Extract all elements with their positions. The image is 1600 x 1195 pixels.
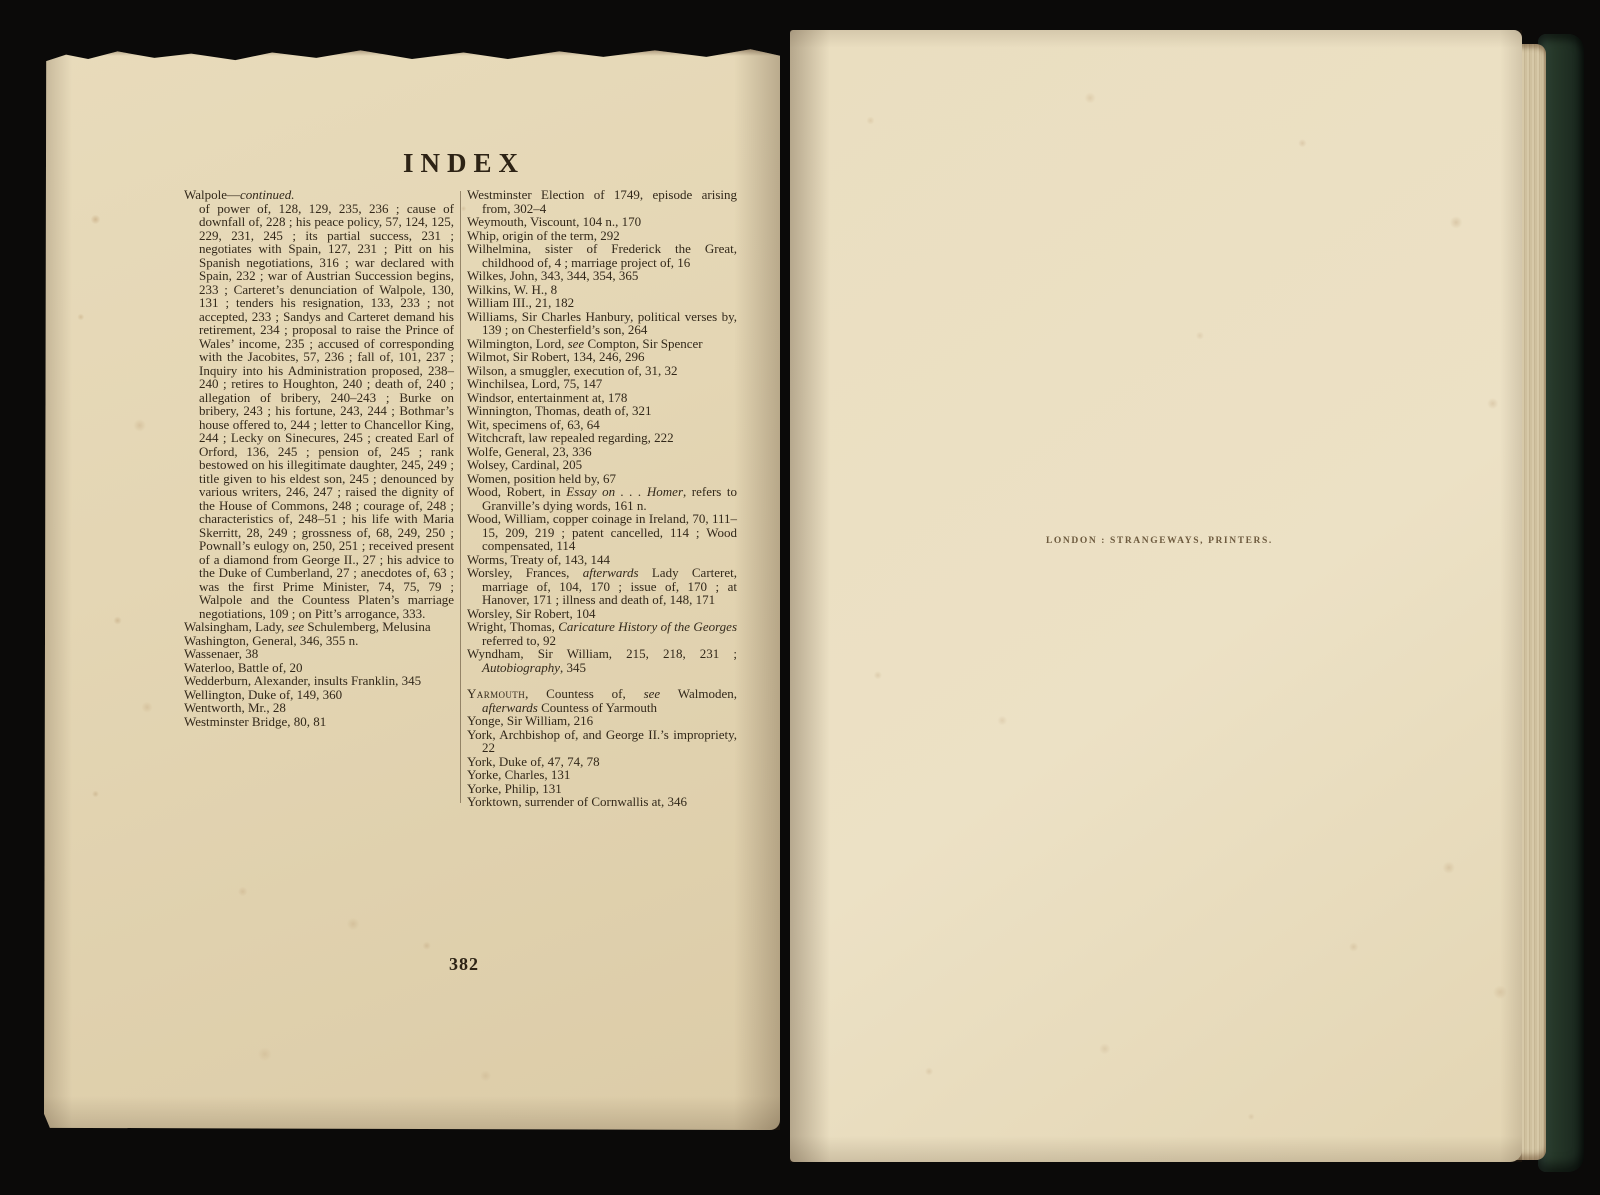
index-entry: Wilmot, Sir Robert, 134, 246, 296 (467, 350, 737, 364)
index-entry: Witchcraft, law repealed regarding, 222 (467, 431, 737, 445)
index-entry: Yorke, Philip, 131 (467, 782, 737, 796)
index-entry: Worsley, Sir Robert, 104 (467, 607, 737, 621)
index-entry: Wolsey, Cardinal, 205 (467, 458, 737, 472)
index-entry: Windsor, entertainment at, 178 (467, 391, 737, 405)
index-entry: Wyndham, Sir William, 215, 218, 231 ; Au… (467, 647, 737, 674)
index-entry: Wilhelmina, sister of Frederick the Grea… (467, 242, 737, 269)
column-divider-rule (460, 191, 461, 803)
index-entry: Wolfe, General, 23, 336 (467, 445, 737, 459)
index-entry: York, Duke of, 47, 74, 78 (467, 755, 737, 769)
index-entry: Women, position held by, 67 (467, 472, 737, 486)
right-page: LONDON : STRANGEWAYS, PRINTERS. (790, 30, 1522, 1162)
index-entry: William III., 21, 182 (467, 296, 737, 310)
index-entry: Weymouth, Viscount, 104 n., 170 (467, 215, 737, 229)
index-entry: Winnington, Thomas, death of, 321 (467, 404, 737, 418)
index-entry: York, Archbishop of, and George II.’s im… (467, 728, 737, 755)
index-entry: Yarmouth, Countess of, see Walmoden, aft… (467, 687, 737, 714)
index-entry: Winchilsea, Lord, 75, 147 (467, 377, 737, 391)
index-entry: Wedderburn, Alexander, insults Franklin,… (184, 674, 454, 688)
index-entry: Yorktown, surrender of Cornwallis at, 34… (467, 795, 737, 809)
index-entry: Westminster Bridge, 80, 81 (184, 715, 454, 729)
index-entry: Wassenaer, 38 (184, 647, 454, 661)
index-entry: Wellington, Duke of, 149, 360 (184, 688, 454, 702)
index-entry: Whip, origin of the term, 292 (467, 229, 737, 243)
index-entry: Wilkes, John, 343, 344, 354, 365 (467, 269, 737, 283)
index-column-1: Walpole—continued.of power of, 128, 129,… (184, 188, 454, 809)
open-book: INDEX Walpole—continued.of power of, 128… (0, 0, 1600, 1195)
index-entry: Williams, Sir Charles Hanbury, political… (467, 310, 737, 337)
index-entry: Westminster Election of 1749, episode ar… (467, 188, 737, 215)
index-entry: Yonge, Sir William, 216 (467, 714, 737, 728)
index-entry: Wood, Robert, in Essay on . . . Homer, r… (467, 485, 737, 512)
index-entry: Wilkins, W. H., 8 (467, 283, 737, 297)
index-entry: Wilson, a smuggler, execution of, 31, 32 (467, 364, 737, 378)
index-entry: Washington, General, 346, 355 n. (184, 634, 454, 648)
page-title: INDEX (184, 148, 744, 179)
index-entry: Wood, William, copper coinage in Ireland… (467, 512, 737, 553)
index-entry: Worms, Treaty of, 143, 144 (467, 553, 737, 567)
index-entry: Wentworth, Mr., 28 (184, 701, 454, 715)
index-entry: Wit, specimens of, 63, 64 (467, 418, 737, 432)
index-column-2: Westminster Election of 1749, episode ar… (467, 188, 737, 809)
index-entry: Yorke, Charles, 131 (467, 768, 737, 782)
index-entry: of power of, 128, 129, 235, 236 ; cause … (184, 202, 454, 621)
index-columns: Walpole—continued.of power of, 128, 129,… (184, 188, 748, 809)
printer-imprint: LONDON : STRANGEWAYS, PRINTERS. (1046, 536, 1273, 546)
index-entry: Worsley, Frances, afterwards Lady Carter… (467, 566, 737, 607)
index-entry: Waterloo, Battle of, 20 (184, 661, 454, 675)
page-number: 382 (184, 954, 744, 975)
index-entry: Walpole—continued. (184, 188, 454, 202)
left-page: INDEX Walpole—continued.of power of, 128… (44, 46, 780, 1130)
index-entry: Wright, Thomas, Caricature History of th… (467, 620, 737, 647)
index-entry: Walsingham, Lady, see Schulemberg, Melus… (184, 620, 454, 634)
index-entry: Wilmington, Lord, see Compton, Sir Spenc… (467, 337, 737, 351)
